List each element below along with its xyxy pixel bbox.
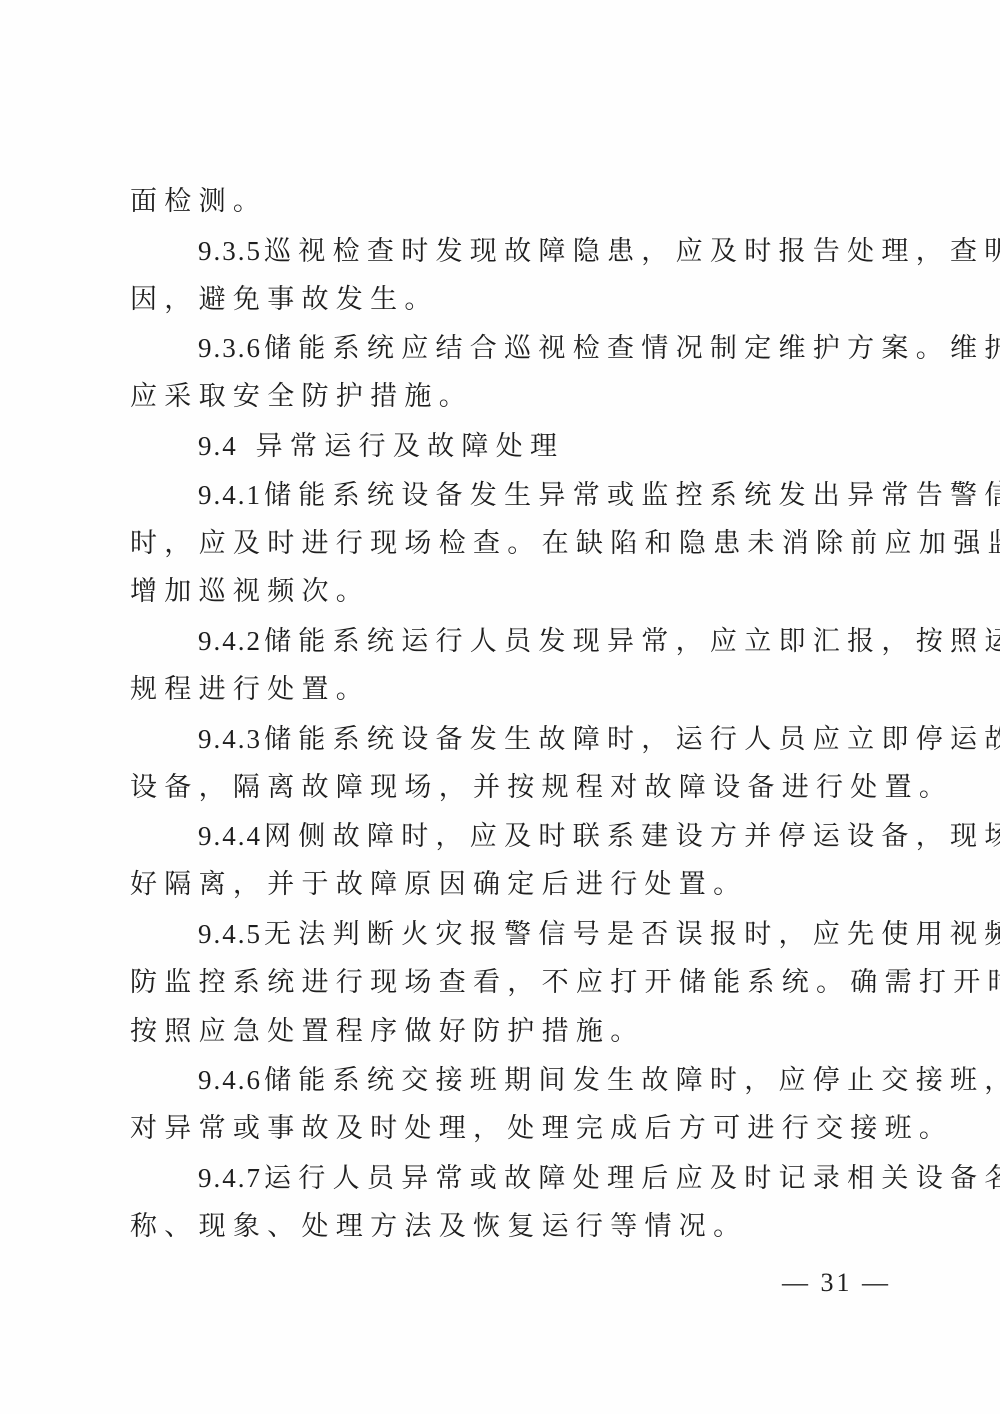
- clause-line: 9.4.3储能系统设备发生故障时，运行人员应立即停运故障: [130, 715, 872, 764]
- line-text: 时，应及时进行现场检查。在缺陷和隐患未消除前应加强监视和: [130, 528, 1000, 559]
- clause-line: 9.4.2储能系统运行人员发现异常，应立即汇报，按照运行: [130, 617, 872, 666]
- text-line: 增加巡视频次。: [130, 568, 872, 617]
- text-line: 对异常或事故及时处理，处理完成后方可进行交接班。: [130, 1105, 872, 1154]
- clause-number: 9.4.6: [198, 1065, 262, 1095]
- clause-number: 9.4.3: [198, 724, 262, 754]
- clause-number: 9.4.7: [198, 1163, 262, 1193]
- line-text: 运行人员异常或故障处理后应及时记录相关设备名: [264, 1163, 1000, 1194]
- line-text: 面检测。: [130, 186, 267, 217]
- line-text: 储能系统设备发生异常或监控系统发出异常告警信号: [264, 480, 1000, 511]
- line-text: 按照应急处置程序做好防护措施。: [130, 1016, 645, 1047]
- text-line: 时，应及时进行现场检查。在缺陷和隐患未消除前应加强监视和: [130, 520, 872, 569]
- line-text: 储能系统运行人员发现异常，应立即汇报，按照运行: [264, 626, 1000, 657]
- clause-number: 9.4.4: [198, 821, 262, 851]
- clause-number: 9.3.5: [198, 236, 262, 266]
- line-text: 储能系统应结合巡视检查情况制定维护方案。维护时: [264, 333, 1000, 364]
- line-text: 应采取安全防护措施。: [130, 381, 473, 412]
- text-line: 面检测。: [130, 178, 872, 227]
- text-line: 设备，隔离故障现场，并按规程对故障设备进行处置。: [130, 764, 872, 813]
- clause-line: 9.4.4网侧故障时，应及时联系建设方并停运设备，现场做: [130, 812, 872, 861]
- text-line: 好隔离，并于故障原因确定后进行处置。: [130, 861, 872, 910]
- line-text: 称、现象、处理方法及恢复运行等情况。: [130, 1211, 747, 1242]
- document-page: 面检测。9.3.5巡视检查时发现故障隐患，应及时报告处理，查明原因，避免事故发生…: [0, 0, 1000, 1414]
- clause-number: 9.4.1: [198, 480, 262, 510]
- clause-number: 9.4: [198, 431, 238, 461]
- line-text: 储能系统设备发生故障时，运行人员应立即停运故障: [264, 724, 1000, 755]
- text-line: 规程进行处置。: [130, 666, 872, 715]
- line-text: 巡视检查时发现故障隐患，应及时报告处理，查明原: [264, 236, 1000, 267]
- clause-line: 9.3.5巡视检查时发现故障隐患，应及时报告处理，查明原: [130, 227, 872, 276]
- text-line: 称、现象、处理方法及恢复运行等情况。: [130, 1203, 872, 1252]
- clause-line: 9.4.5无法判断火灾报警信号是否误报时，应先使用视频安: [130, 910, 872, 959]
- page-number: — 31 —: [782, 1268, 891, 1298]
- body-text: 面检测。9.3.5巡视检查时发现故障隐患，应及时报告处理，查明原因，避免事故发生…: [130, 178, 872, 1252]
- clause-line: 9.4 异常运行及故障处理: [130, 422, 872, 471]
- clause-number: 9.4.5: [198, 919, 262, 949]
- clause-line: 9.3.6储能系统应结合巡视检查情况制定维护方案。维护时: [130, 324, 872, 373]
- line-text: 对异常或事故及时处理，处理完成后方可进行交接班。: [130, 1113, 953, 1144]
- clause-line: 9.4.6储能系统交接班期间发生故障时，应停止交接班，并: [130, 1056, 872, 1105]
- line-text: 储能系统交接班期间发生故障时，应停止交接班，并: [264, 1065, 1000, 1096]
- clause-line: 9.4.7运行人员异常或故障处理后应及时记录相关设备名: [130, 1154, 872, 1203]
- clause-number: 9.3.6: [198, 333, 262, 363]
- line-text: 增加巡视频次。: [130, 576, 370, 607]
- text-line: 应采取安全防护措施。: [130, 373, 872, 422]
- clause-number: 9.4.2: [198, 626, 262, 656]
- line-text: 网侧故障时，应及时联系建设方并停运设备，现场做: [264, 821, 1000, 852]
- line-text: 异常运行及故障处理: [240, 431, 565, 462]
- line-text: 防监控系统进行现场查看，不应打开储能系统。确需打开时，应: [130, 967, 1000, 998]
- text-line: 防监控系统进行现场查看，不应打开储能系统。确需打开时，应: [130, 959, 872, 1008]
- line-text: 好隔离，并于故障原因确定后进行处置。: [130, 869, 747, 900]
- line-text: 设备，隔离故障现场，并按规程对故障设备进行处置。: [130, 772, 953, 803]
- line-text: 规程进行处置。: [130, 674, 370, 705]
- line-text: 因，避免事故发生。: [130, 284, 439, 315]
- text-line: 按照应急处置程序做好防护措施。: [130, 1008, 872, 1057]
- clause-line: 9.4.1储能系统设备发生异常或监控系统发出异常告警信号: [130, 471, 872, 520]
- text-line: 因，避免事故发生。: [130, 276, 872, 325]
- line-text: 无法判断火灾报警信号是否误报时，应先使用视频安: [264, 919, 1000, 950]
